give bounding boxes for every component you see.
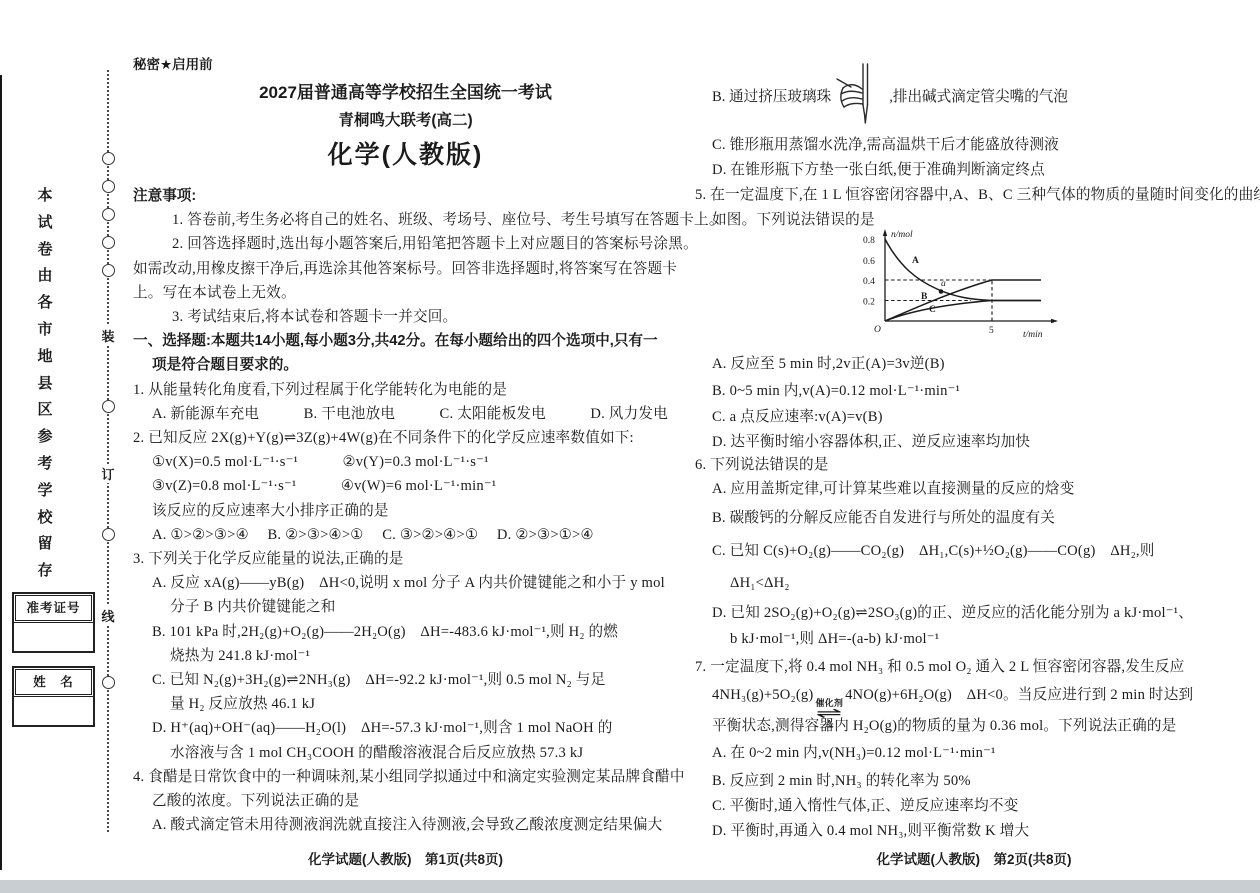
- student-name-box: 姓 名: [12, 666, 95, 727]
- q1-stem: 1. 从能量转化角度看,下列过程属于化学能转化为电能的是: [133, 378, 678, 402]
- curve-A-label: A: [912, 256, 919, 266]
- q7-equation-left: 4NH₃(g)+5O₂(g): [712, 687, 813, 703]
- notice-item-2-cont: 如需改动,用橡皮擦干净后,再选涂其他答案标号。回答非选择题时,将答案写在答题卡: [133, 257, 678, 281]
- q2-options: A. ①>②>③>④ B. ②>③>④>① C. ③>②>④>① D. ②>③>…: [133, 523, 678, 547]
- scan-left-edge: [0, 75, 2, 870]
- curve-C-label: C: [929, 305, 936, 315]
- q6-option-c-cont: ΔH₁<ΔH₂: [730, 573, 790, 593]
- q3-option-b-cont: 烧热为 241.8 kJ·mol⁻¹: [133, 644, 678, 668]
- q2-rates-row-1: ①v(X)=0.5 mol·L⁻¹·s⁻¹ ②v(Y)=0.3 mol·L⁻¹·…: [133, 450, 678, 474]
- q4-option-d: D. 在锥形瓶下方垫一张白纸,便于准确判断滴定终点: [712, 160, 1045, 180]
- q4-option-b-text-pre: B. 通过挤压玻璃珠: [712, 85, 831, 106]
- page-1: 秘密★启用前 2027届普通高等学校招生全国统一考试 青桐鸣大联考(高二) 化学…: [133, 55, 678, 837]
- binding-hole-icon: [102, 236, 115, 249]
- q3-option-c-cont: 量 H₂ 反应放热 46.1 kJ: [133, 692, 678, 716]
- q4-option-b-text-post: ,排出碱式滴定管尖嘴的气泡: [889, 85, 1068, 106]
- q5-option-d: D. 达平衡时缩小容器体积,正、逆反应速率均加快: [712, 432, 1030, 452]
- x-axis-arrow-icon: [1051, 319, 1058, 323]
- y-axis-arrow-icon: [883, 229, 887, 236]
- secret-label: 秘密★启用前: [133, 55, 678, 75]
- q3-option-a: A. 反应 xA(g)——yB(g) ΔH<0,说明 x mol 分子 A 内共…: [133, 571, 678, 595]
- page-2: B. 通过挤压玻璃珠 ,排出碱式滴定管尖嘴的气泡 C. 锥形瓶用蒸馏水洗净,需高…: [695, 55, 1253, 880]
- q5-option-a: A. 反应至 5 min 时,2v正(A)=3v逆(B): [712, 354, 945, 374]
- page-2-footer: 化学试题(人教版) 第2页(共8页): [695, 848, 1253, 868]
- binding-char-xian: 线: [100, 606, 116, 625]
- q5-option-c: C. a 点反应速率:v(A)=v(B): [712, 407, 883, 427]
- q2-stem: 2. 已知反应 2X(g)+Y(g)⇌3Z(g)+4W(g)在不同条件下的化学反…: [133, 426, 678, 450]
- student-name-field: [14, 696, 93, 725]
- q4-stem-cont: 乙酸的浓度。下列说法正确的是: [133, 789, 678, 813]
- q5-stem-cont: 如图。下列说法错误的是: [712, 210, 875, 230]
- y-tick-0.2: 0.2: [863, 298, 875, 308]
- q3-option-d-cont: 水溶液与含 1 mol CH₃COOH 的醋酸溶液混合后反应放热 57.3 kJ: [133, 741, 678, 765]
- section-1-heading-cont: 项是符合题目要求的。: [133, 353, 678, 377]
- x-tick-5: 5: [989, 326, 994, 336]
- subject-title: 化学(人教版): [133, 135, 678, 175]
- q5-moles-vs-time-chart: 0.8 0.6 0.4 0.2 n/mol O 5 t/min A B C a: [855, 227, 1065, 345]
- binding-hole-icon: [102, 528, 115, 541]
- point-a-label: a: [941, 279, 946, 289]
- retain-notice-vertical-text: 本试卷由各市地县区参考学校留存: [36, 183, 54, 585]
- scanned-exam-paper: { "sidebar": { "retain_text": "本试卷由各市地县区…: [0, 0, 1260, 893]
- q7-option-a: A. 在 0~2 min 内,v(NH₃)=0.12 mol·L⁻¹·min⁻¹: [712, 743, 996, 763]
- q7-stem: 7. 一定温度下,将 0.4 mol NH₃ 和 0.5 mol O₂ 通入 2…: [695, 657, 1184, 677]
- admission-ticket-number-field: [14, 622, 93, 651]
- point-a-marker: [939, 289, 944, 294]
- q4-option-b: B. 通过挤压玻璃珠 ,排出碱式滴定管尖嘴的气泡: [712, 63, 1068, 127]
- q3-stem: 3. 下列关于化学反应能量的说法,正确的是: [133, 547, 678, 571]
- binding-hole-icon: [102, 152, 115, 165]
- q7-option-b: B. 反应到 2 min 时,NH₃ 的转化率为 50%: [712, 771, 971, 791]
- binding-hole-icon: [102, 400, 115, 413]
- student-name-label: 姓 名: [15, 669, 92, 695]
- binding-hole-icon: [102, 264, 115, 277]
- q4-stem: 4. 食醋是日常饮食中的一种调味剂,某小组同学拟通过中和滴定实验测定某品牌食醋中: [133, 765, 678, 789]
- q3-option-d: D. H⁺(aq)+OH⁻(aq)——H₂O(l) ΔH=-57.3 kJ·mo…: [133, 716, 678, 740]
- binding-hole-icon: [102, 180, 115, 193]
- notice-item-3: 3. 考试结束后,将本试卷和答题卡一并交回。: [133, 305, 678, 329]
- y-axis-label: n/mol: [891, 230, 913, 240]
- q1-options: A. 新能源车充电 B. 干电池放电 C. 太阳能板发电 D. 风力发电: [133, 402, 678, 426]
- q3-option-c: C. 已知 N₂(g)+3H₂(g)⇌2NH₃(g) ΔH=-92.2 kJ·m…: [133, 668, 678, 692]
- binding-hole-icon: [102, 676, 115, 689]
- section-1-heading: 一、选择题:本题共14小题,每小题3分,共42分。在每小题给出的四个选项中,只有…: [133, 329, 678, 353]
- y-tick-0.6: 0.6: [863, 257, 875, 267]
- exam-title: 2027届普通高等学校招生全国统一考试: [133, 80, 678, 105]
- page-1-footer: 化学试题(人教版) 第1页(共8页): [133, 848, 678, 868]
- q2-stem-cont: 该反应的反应速率大小排序正确的是: [133, 499, 678, 523]
- binding-char-zhuang: 装: [100, 326, 116, 345]
- admission-ticket-number-label: 准考证号: [15, 595, 92, 621]
- origin-label: O: [874, 325, 881, 335]
- binding-char-ding: 订: [100, 464, 116, 483]
- y-tick-0.8: 0.8: [863, 236, 875, 246]
- x-axis-label: t/min: [1023, 330, 1043, 340]
- hand-squeezing-burette-bead-illustration: [835, 63, 885, 127]
- q6-option-d-cont: b kJ·mol⁻¹,则 ΔH=-(a-b) kJ·mol⁻¹: [730, 629, 939, 649]
- q4-option-a: A. 酸式滴定管未用待测液润洗就直接注入待测液,会导致乙酸浓度测定结果偏大: [133, 813, 678, 837]
- q7-equation-right: 4NO(g)+6H₂O(g) ΔH<0。当反应进行到 2 min 时达到: [845, 687, 1193, 703]
- q6-option-a: A. 应用盖斯定律,可计算某些难以直接测量的反应的焓变: [712, 479, 1075, 499]
- q6-option-c: C. 已知 C(s)+O₂(g)——CO₂(g) ΔH₁,C(s)+½O₂(g)…: [712, 541, 1155, 561]
- admission-ticket-number-box: 准考证号: [12, 592, 95, 653]
- notice-item-1: 1. 答卷前,考生务必将自己的姓名、班级、考场号、座位号、考生号填写在答题卡上。: [133, 208, 678, 232]
- exam-subtitle: 青桐鸣大联考(高二): [133, 108, 678, 133]
- q7-option-d: D. 平衡时,再通入 0.4 mol NH₃,则平衡常数 K 增大: [712, 821, 1029, 841]
- q7-option-c: C. 平衡时,通入惰性气体,正、逆反应速率均不变: [712, 796, 1018, 816]
- q2-rates-row-2: ③v(Z)=0.8 mol·L⁻¹·s⁻¹ ④v(W)=6 mol·L⁻¹·mi…: [133, 474, 678, 498]
- q6-option-d: D. 已知 2SO₂(g)+O₂(g)⇌2SO₃(g)的正、逆反应的活化能分别为…: [712, 603, 1193, 623]
- curve-B-label: B: [921, 292, 928, 302]
- q7-stem-cont: 平衡状态,测得容器内 H₂O(g)的物质的量为 0.36 mol。下列说法正确的…: [712, 716, 1176, 736]
- q5-option-b: B. 0~5 min 内,v(A)=0.12 mol·L⁻¹·min⁻¹: [712, 381, 960, 401]
- q5-stem: 5. 在一定温度下,在 1 L 恒容密闭容器中,A、B、C 三种气体的物质的量随…: [695, 185, 1260, 205]
- q4-option-c: C. 锥形瓶用蒸馏水洗净,需高温烘干后才能盛放待测液: [712, 135, 1059, 155]
- binding-hole-icon: [102, 208, 115, 221]
- y-tick-0.4: 0.4: [863, 277, 875, 287]
- notice-item-2-cont2: 上。写在本试卷上无效。: [133, 281, 678, 305]
- q3-option-a-cont: 分子 B 内共价键键能之和: [133, 595, 678, 619]
- scan-bottom-strip: [0, 880, 1260, 893]
- notice-item-2: 2. 回答选择题时,选出每小题答案后,用铅笔把答题卡上对应题目的答案标号涂黑。: [133, 232, 678, 256]
- curve-A: [885, 239, 1041, 301]
- q6-option-b: B. 碳酸钙的分解反应能否自发进行与所处的温度有关: [712, 508, 1055, 528]
- q6-stem: 6. 下列说法错误的是: [695, 455, 829, 475]
- notice-heading: 注意事项:: [133, 184, 678, 208]
- q3-option-b: B. 101 kPa 时,2H₂(g)+O₂(g)——2H₂O(g) ΔH=-4…: [133, 620, 678, 644]
